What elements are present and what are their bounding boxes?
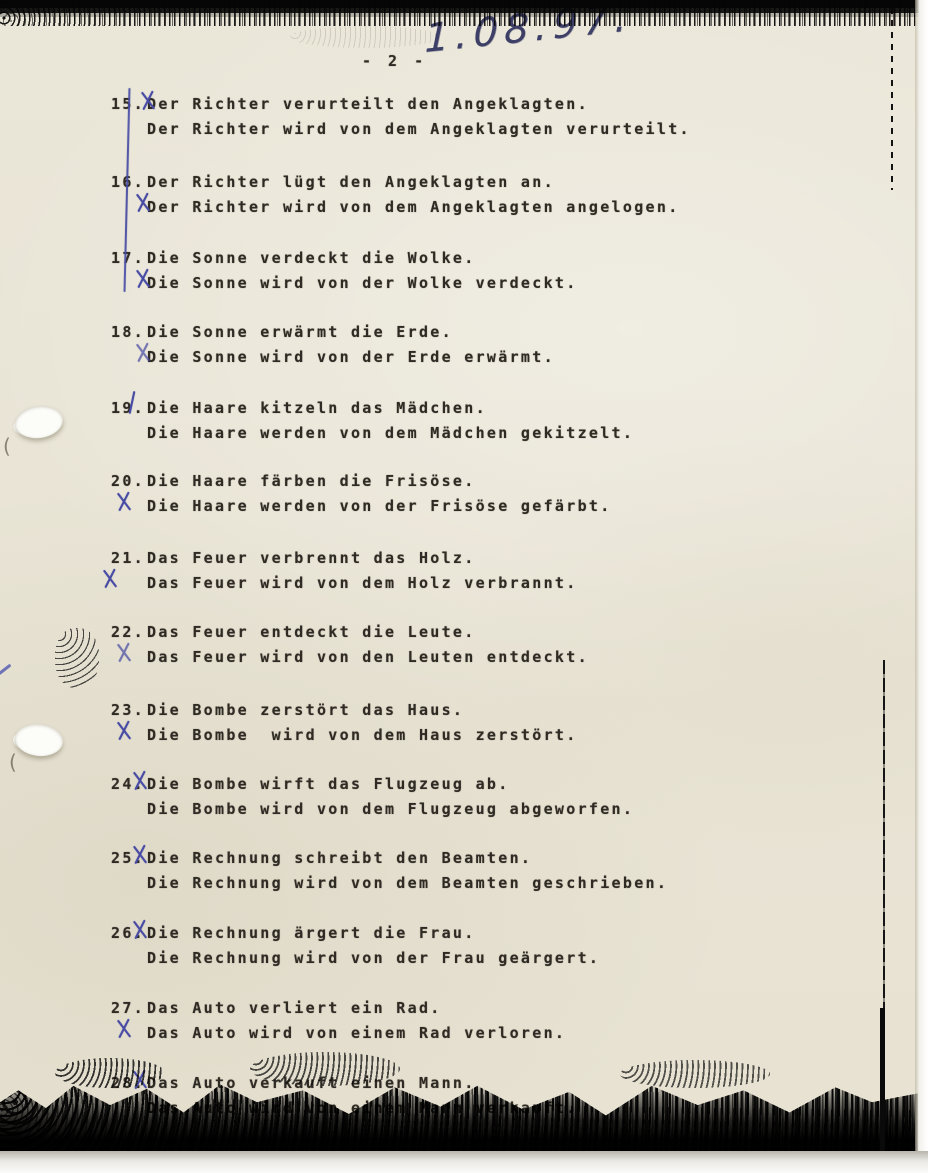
passive-sentence: Die Rechnung wird von der Frau geärgert.	[147, 950, 600, 967]
active-sentence: Die Rechnung schreibt den Beamten.	[147, 850, 532, 867]
exercise-item-15: 15. Der Richter verurteilt den Angeklagt…	[0, 96, 928, 148]
toner-blob	[55, 1058, 165, 1088]
exercise-item-20: 20. Die Haare färben die Frisöse. Die Ha…	[0, 473, 928, 525]
passive-sentence: Die Haare werden von dem Mädchen gekitze…	[147, 425, 634, 442]
pen-x-mark	[117, 493, 131, 511]
exercise-item-16: 16. Der Richter lügt den Angeklagten an.…	[0, 174, 928, 226]
active-sentence: Die Bombe zerstört das Haus.	[147, 702, 464, 719]
passive-sentence: Der Richter wird von dem Angeklagten ang…	[147, 199, 680, 216]
scanner-background-strip	[0, 1151, 928, 1173]
active-sentence: Die Rechnung ärgert die Frau.	[147, 925, 476, 942]
pen-x-mark	[136, 270, 150, 288]
passive-sentence: Die Bombe wird von dem Haus zerstört.	[147, 727, 578, 744]
passive-sentence: Das Auto wird von einem Rad verloren.	[147, 1025, 566, 1042]
active-sentence: Die Sonne verdeckt die Wolke.	[147, 250, 476, 267]
scanned-page: ( ( 1.08.97. - 2 - 15. Der Richter verur…	[0, 0, 928, 1173]
passive-sentence: Das Feuer wird von den Leuten entdeckt.	[147, 649, 589, 666]
passive-sentence: Die Rechnung wird von dem Beamten geschr…	[147, 875, 668, 892]
exercise-item-21: 21. Das Feuer verbrennt das Holz. Das Fe…	[0, 550, 928, 602]
exercise-item-26: 26. Die Rechnung ärgert die Frau. Die Re…	[0, 925, 928, 977]
active-sentence: Die Bombe wirft das Flugzeug ab.	[147, 776, 510, 793]
active-sentence: Die Haare kitzeln das Mädchen.	[147, 400, 487, 417]
scan-edge-line-bottom-thick	[880, 1008, 885, 1156]
passive-sentence: Die Sonne wird von der Erde erwärmt.	[147, 349, 555, 366]
pen-slash-mark	[125, 393, 139, 411]
active-sentence: Die Haare färben die Frisöse.	[147, 473, 476, 490]
pen-x-mark	[117, 722, 131, 740]
item-number: 18.	[111, 324, 145, 341]
exercise-item-22: 22. Das Feuer entdeckt die Leute. Das Fe…	[0, 624, 928, 676]
pen-x-mark	[136, 344, 150, 362]
exercise-item-23: 23. Die Bombe zerstört das Haus. Die Bom…	[0, 702, 928, 754]
active-sentence: Der Richter lügt den Angeklagten an.	[147, 174, 555, 191]
pen-x-mark	[117, 644, 131, 662]
item-number: 17.	[111, 250, 145, 267]
passive-sentence: Die Haare werden von der Frisöse gefärbt…	[147, 498, 612, 515]
exercise-item-25: 25. Die Rechnung schreibt den Beamten. D…	[0, 850, 928, 902]
item-number: 27.	[111, 1000, 145, 1017]
passive-sentence: Die Sonne wird von der Wolke verdeckt.	[147, 275, 578, 292]
exercise-item-27: 27. Das Auto verliert ein Rad. Das Auto …	[0, 1000, 928, 1052]
pen-x-mark	[136, 194, 150, 212]
pen-x-mark	[141, 92, 155, 110]
exercise-item-17: 17. Die Sonne verdeckt die Wolke. Die So…	[0, 250, 928, 302]
toner-blob	[620, 1060, 770, 1088]
toner-band-top	[0, 0, 928, 26]
item-number: 22.	[111, 624, 145, 641]
active-sentence: Das Auto verliert ein Rad.	[147, 1000, 442, 1017]
item-number: 20.	[111, 473, 145, 490]
page-number: - 2 -	[362, 53, 427, 70]
passive-sentence: Das Feuer wird von dem Holz verbrannt.	[147, 575, 578, 592]
toner-blob	[250, 1052, 400, 1086]
pen-x-mark	[133, 921, 147, 939]
scan-edge-line-top	[891, 8, 893, 190]
toner-smudge	[290, 26, 440, 48]
pen-x-mark	[103, 570, 117, 588]
item-number: 23.	[111, 702, 145, 719]
passive-sentence: Die Bombe wird von dem Flugzeug abgeworf…	[147, 801, 634, 818]
active-sentence: Das Feuer entdeckt die Leute.	[147, 624, 476, 641]
active-sentence: Der Richter verurteilt den Angeklagten.	[147, 96, 589, 113]
active-sentence: Die Sonne erwärmt die Erde.	[147, 324, 453, 341]
passive-sentence: Der Richter wird von dem Angeklagten ver…	[147, 121, 691, 138]
scan-edge-line-bottom	[883, 660, 885, 1022]
exercise-item-18: 18. Die Sonne erwärmt die Erde. Die Sonn…	[0, 324, 928, 376]
paper-edge	[915, 0, 928, 1173]
item-number: 21.	[111, 550, 145, 567]
pen-x-mark	[117, 1020, 131, 1038]
exercise-item-24: 24. Die Bombe wirft das Flugzeug ab. Die…	[0, 776, 928, 828]
pen-x-mark	[133, 846, 147, 864]
pen-x-mark	[133, 772, 147, 790]
exercise-item-19: 19. Die Haare kitzeln das Mädchen. Die H…	[0, 400, 928, 452]
active-sentence: Das Feuer verbrennt das Holz.	[147, 550, 476, 567]
